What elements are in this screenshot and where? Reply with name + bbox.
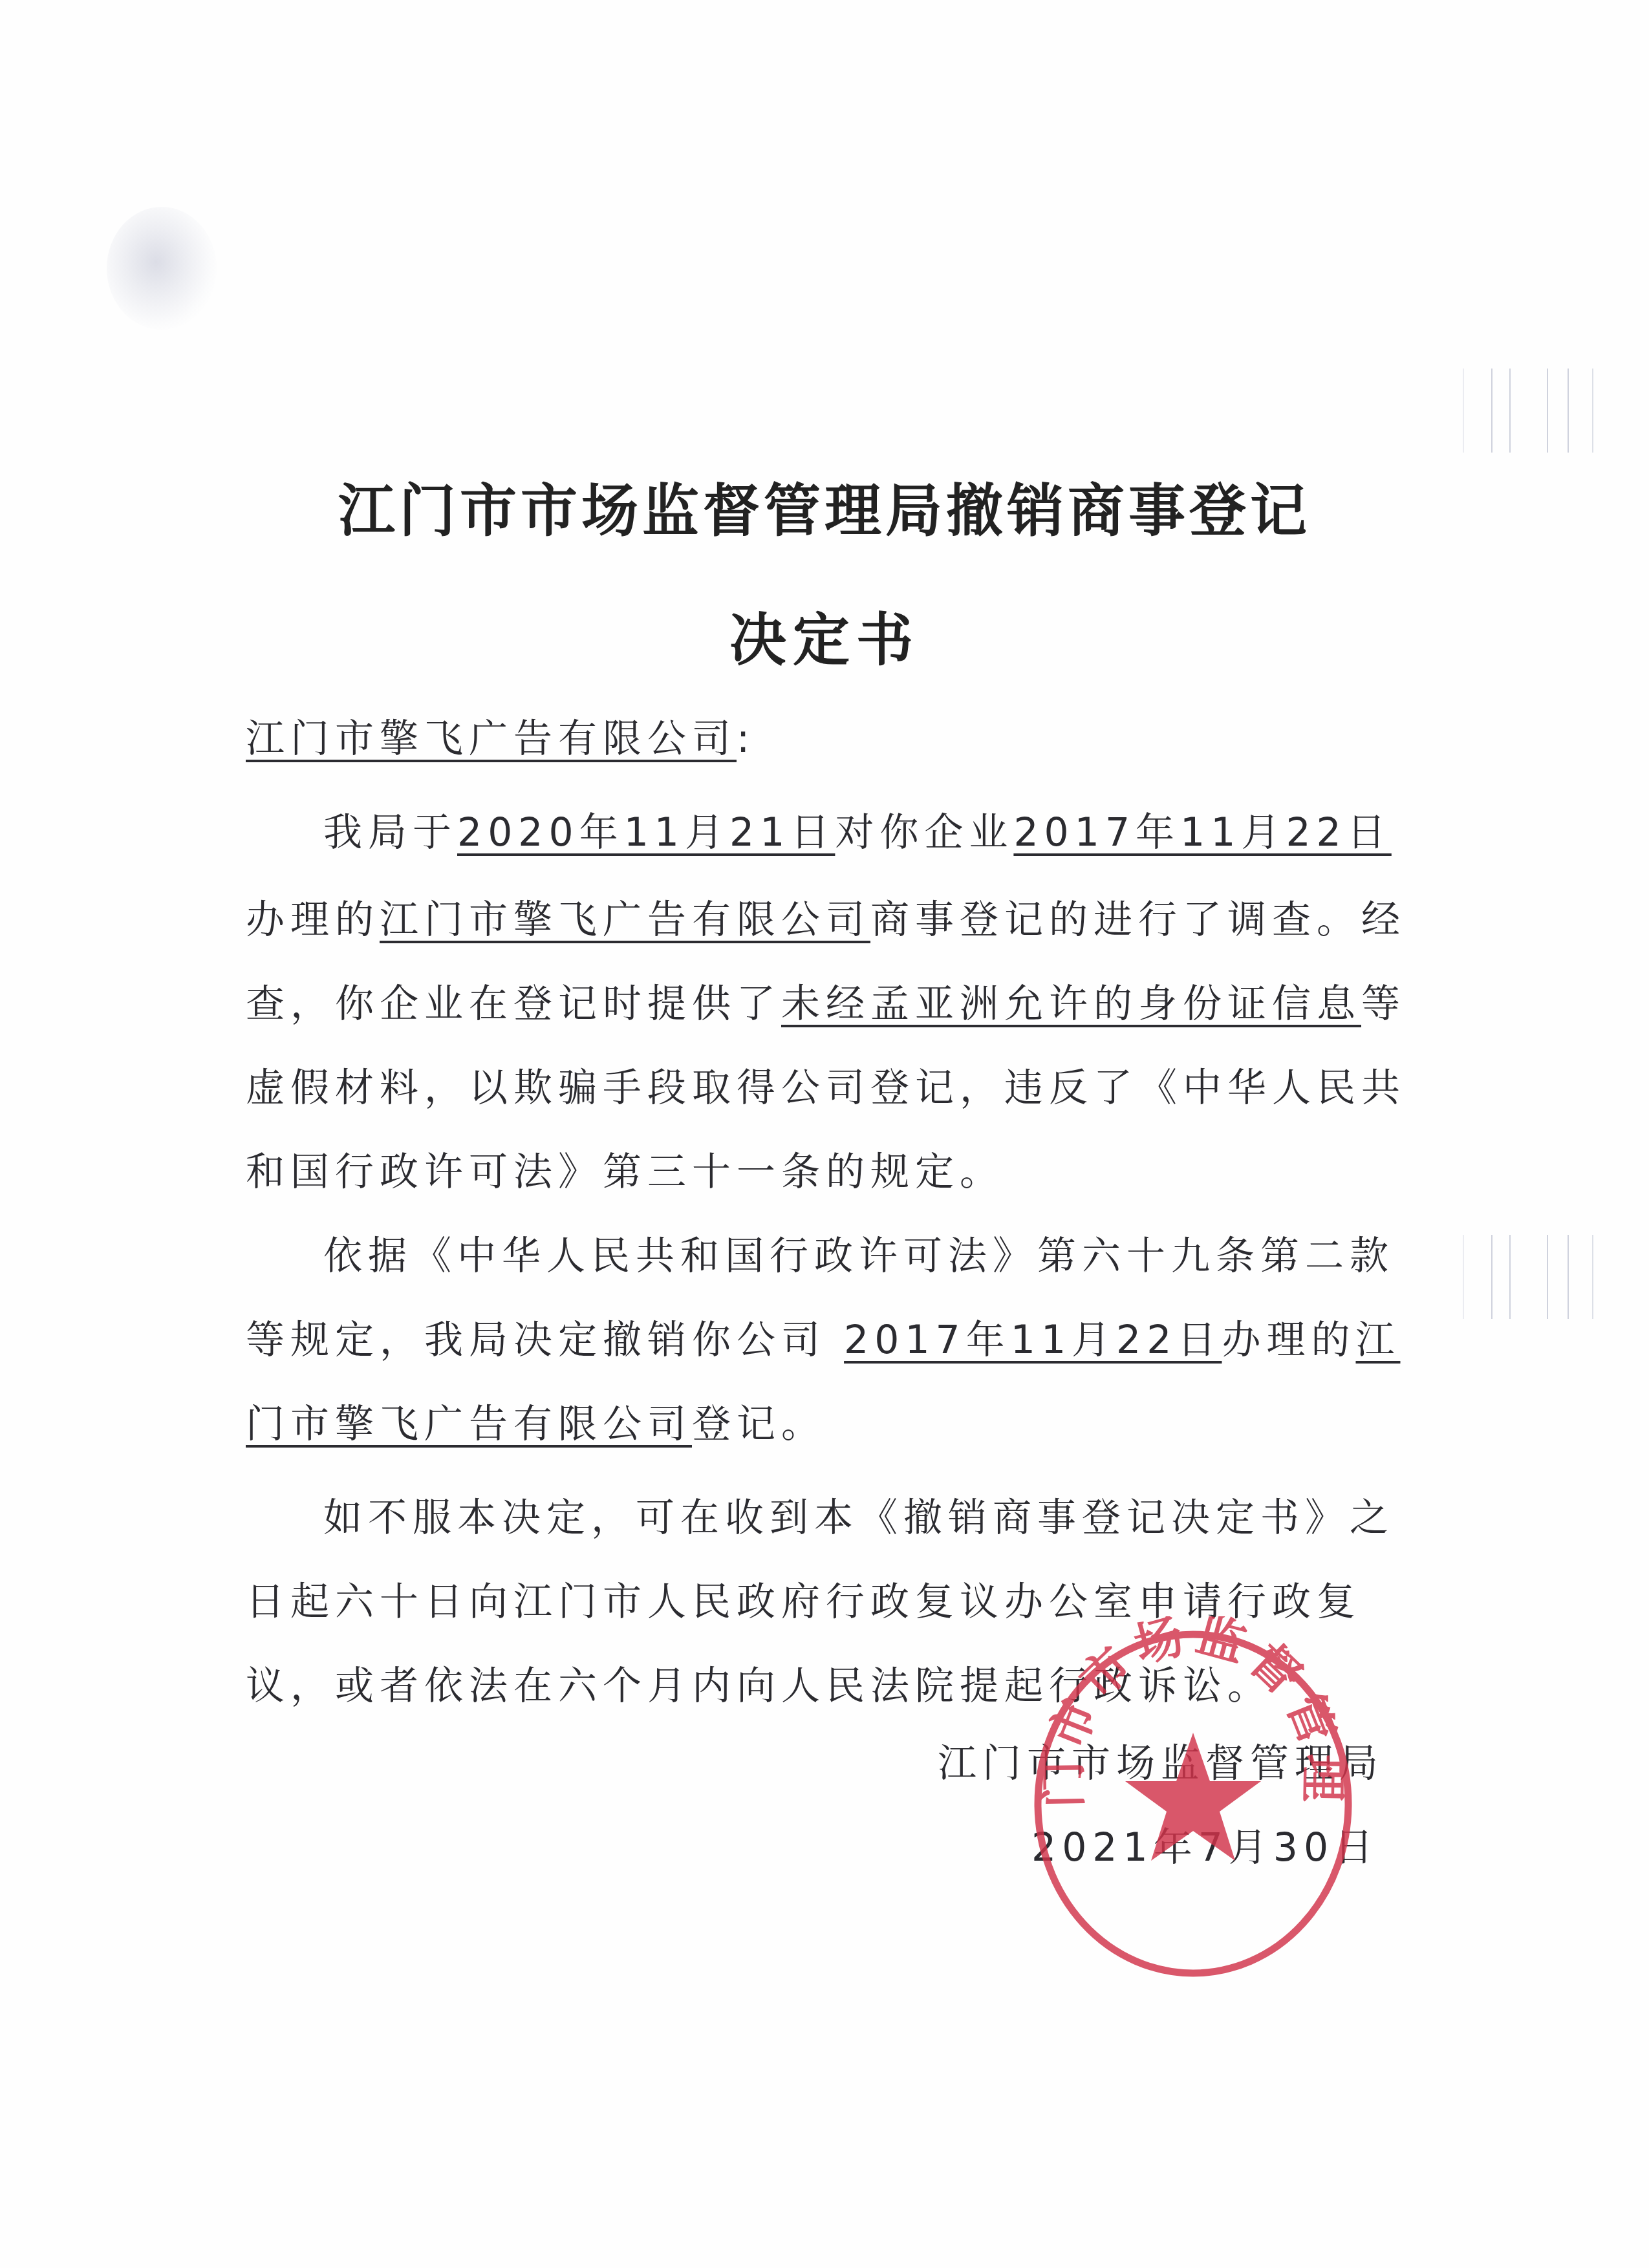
scanner-streaks-top <box>1463 369 1605 453</box>
paragraph3-line2: 日起六十日向江门市人民政府行政复议办公室申请行政复 <box>246 1571 1358 1627</box>
addressee-colon: : <box>737 716 755 762</box>
false-material-detail: 未经孟亚洲允许的身份证信息 <box>781 981 1361 1027</box>
scanner-streaks-bottom <box>1463 1235 1605 1319</box>
revoked-registration-date: 2017年11月22日 <box>844 1318 1222 1363</box>
document-subtitle: 决定书 <box>0 595 1649 676</box>
paragraph1-line2: 办理的江门市擎飞广告有限公司商事登记的进行了调查。经 <box>246 889 1358 945</box>
addressee-company: 江门市擎飞广告有限公司 <box>246 716 737 762</box>
issue-date: 2021年7月30日 <box>1031 1817 1379 1872</box>
paragraph2-line2: 等规定，我局决定撤销你公司 2017年11月22日办理的江 <box>246 1309 1358 1365</box>
revoked-company-name: 门市擎飞广告有限公司 <box>246 1402 692 1447</box>
document-page: 江门市市场监督管理局撤销商事登记 决定书 江门市擎飞广告有限公司: 我局于202… <box>0 0 1649 2268</box>
investigation-date: 2020年11月21日 <box>457 810 835 855</box>
issuer-name: 江门市市场监督管理局 <box>938 1733 1384 1788</box>
paragraph1-line5: 和国行政许可法》第三十一条的规定。 <box>246 1141 1358 1197</box>
paragraph2-line3: 门市擎飞广告有限公司登记。 <box>246 1393 1358 1449</box>
paragraph1-line3: 查，你企业在登记时提供了未经孟亚洲允许的身份证信息等 <box>246 973 1358 1029</box>
registration-date: 2017年11月22日 <box>1013 810 1391 855</box>
paragraph3-line1: 如不服本决定，可在收到本《撤销商事登记决定书》之 <box>323 1487 1436 1543</box>
scanner-smudge <box>107 207 217 330</box>
paragraph3-line3: 议，或者依法在六个月内向人民法院提起行政诉讼。 <box>246 1655 1358 1711</box>
document-title: 江门市市场监督管理局撤销商事登记 <box>0 465 1649 547</box>
paragraph2-line1: 依据《中华人民共和国行政许可法》第六十九条第二款 <box>323 1225 1436 1281</box>
paragraph1-line1: 我局于2020年11月21日对你企业2017年11月22日 <box>323 802 1436 857</box>
addressee-line: 江门市擎飞广告有限公司: <box>246 708 1358 764</box>
paragraph1-line4: 虚假材料，以欺骗手段取得公司登记，违反了《中华人民共 <box>246 1057 1358 1113</box>
company-name: 江门市擎飞广告有限公司 <box>380 897 870 943</box>
